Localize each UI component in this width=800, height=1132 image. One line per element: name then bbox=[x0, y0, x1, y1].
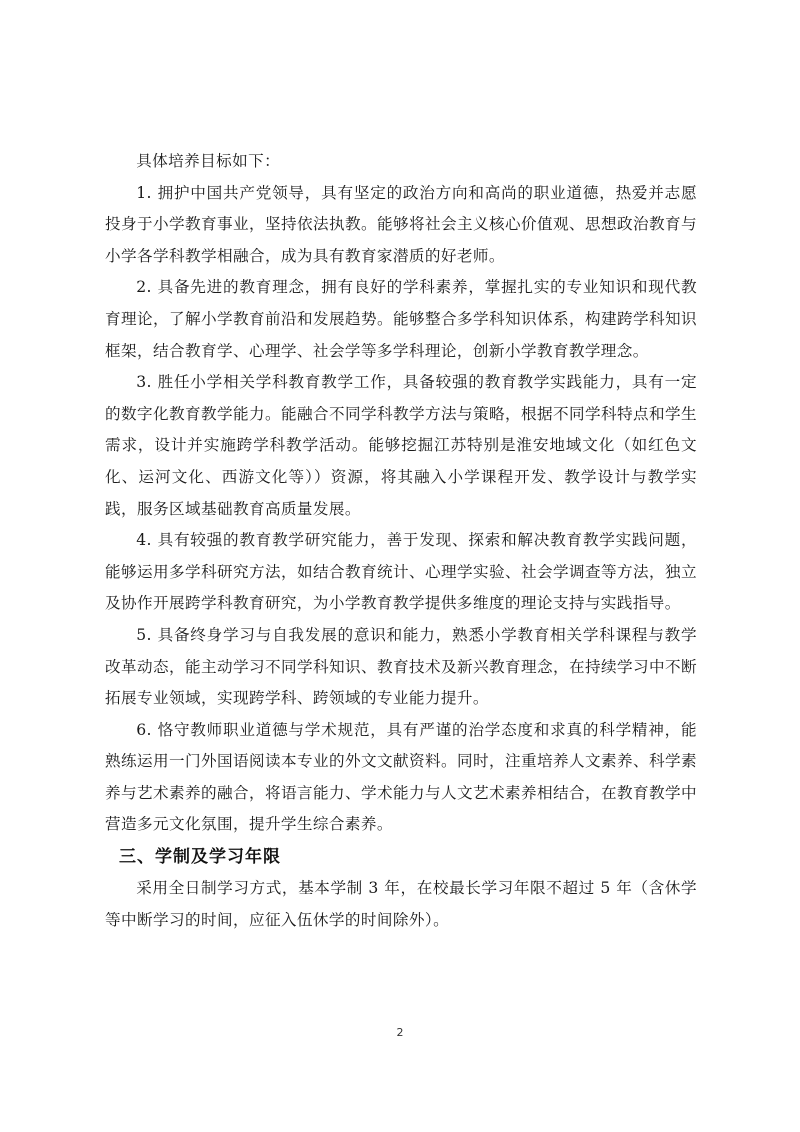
objective-2: 2. 具备先进的教育理念，拥有良好的学科素养，掌握扎实的专业知识和现代教育理论，… bbox=[105, 272, 697, 367]
objective-4: 4. 具有较强的教育教学研究能力，善于发现、探索和解决教育教学实践问题，能够运用… bbox=[105, 525, 697, 620]
page-number: 2 bbox=[0, 1026, 800, 1039]
objective-6: 6. 恪守教师职业道德与学术规范，具有严谨的治学态度和求真的科学精神，能熟练运用… bbox=[105, 715, 697, 841]
objective-1: 1. 拥护中国共产党领导，具有坚定的政治方向和高尚的职业道德，热爱并志愿投身于小… bbox=[105, 178, 697, 273]
section-heading: 三、学制及学习年限 bbox=[105, 841, 697, 873]
objective-5: 5. 具备终身学习与自我发展的意识和能力，熟悉小学教育相关学科课程与教学改革动态… bbox=[105, 620, 697, 715]
section-body: 采用全日制学习方式，基本学制 3 年，在校最长学习年限不超过 5 年（含休学等中… bbox=[105, 873, 697, 936]
intro-paragraph: 具体培养目标如下： bbox=[105, 146, 697, 178]
document-page: 具体培养目标如下： 1. 拥护中国共产党领导，具有坚定的政治方向和高尚的职业道德… bbox=[105, 146, 697, 936]
objective-3: 3. 胜任小学相关学科教育教学工作，具备较强的教育教学实践能力，具有一定的数字化… bbox=[105, 367, 697, 525]
